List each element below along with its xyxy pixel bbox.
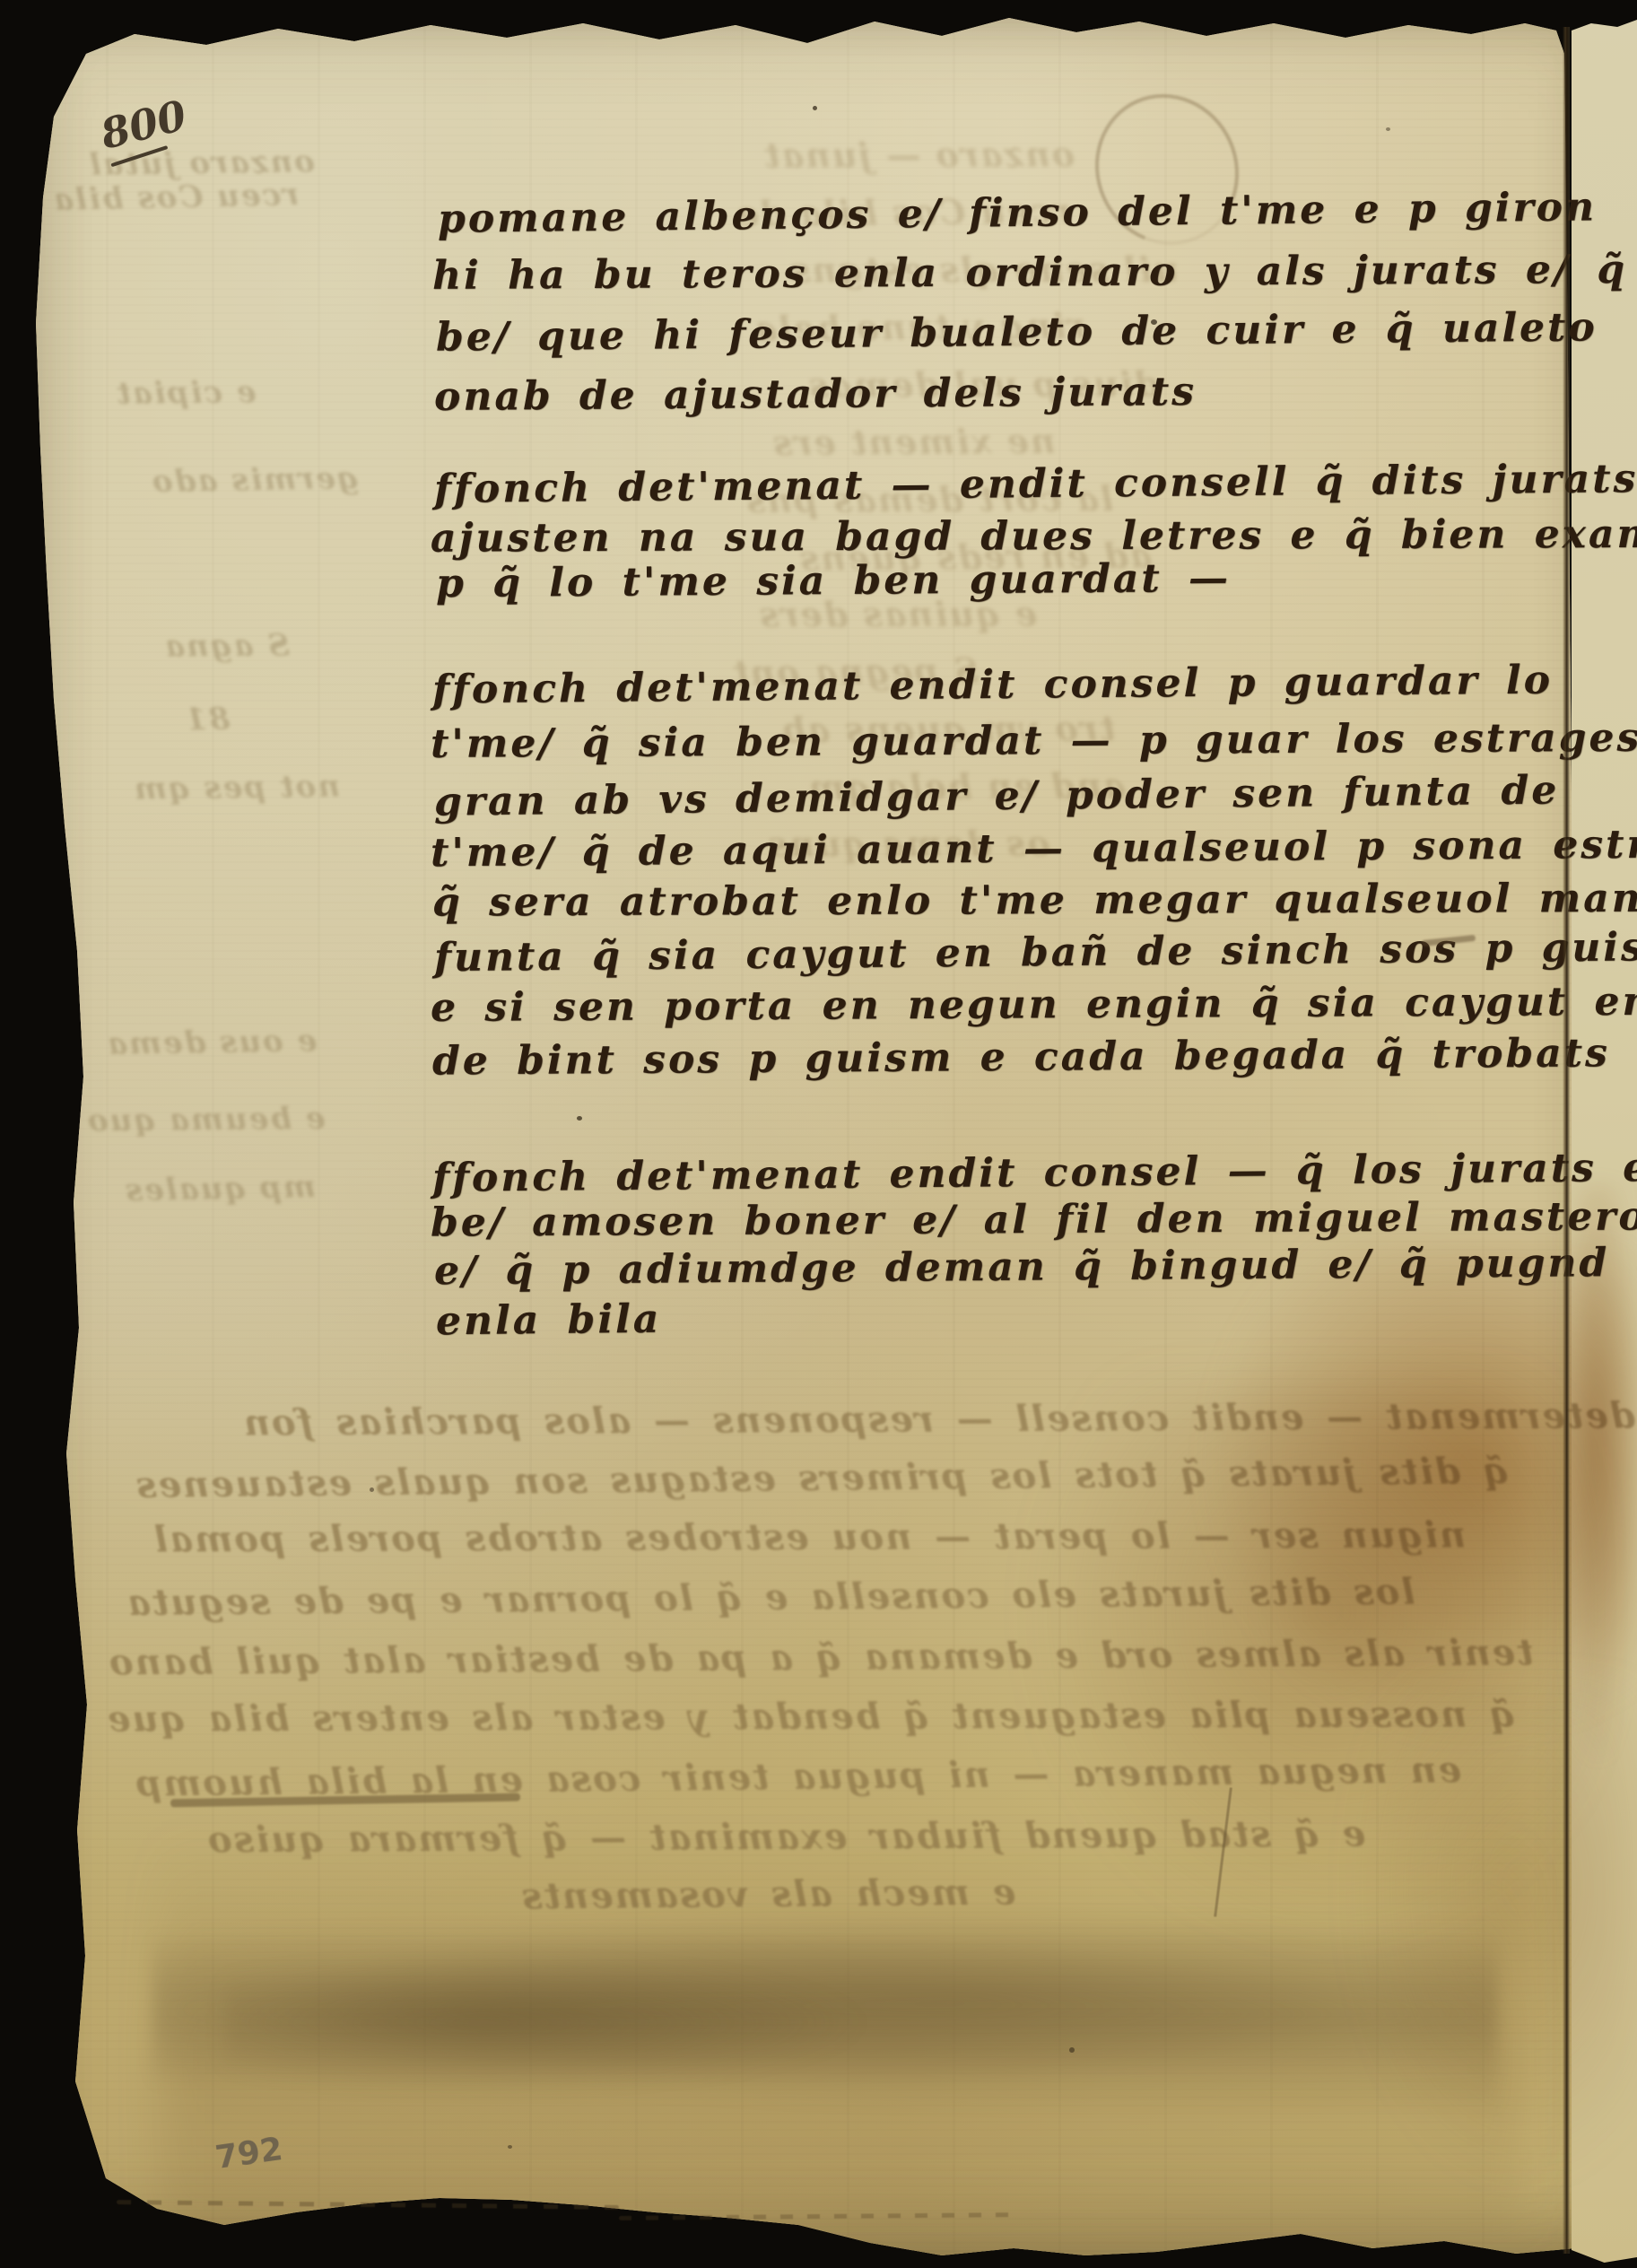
manuscript-line: onab de ajustador dels jurats <box>434 369 1197 420</box>
ghost-margin-fragment: e beuma quo <box>86 1101 326 1139</box>
ghost-margin-fragment: 81 <box>184 701 231 737</box>
ghost-margin-fragment: germis ado <box>151 460 359 500</box>
manuscript-line: e si sen porta en negun engin q̃ sia cay… <box>431 978 1637 1031</box>
manuscript-line: de bint sos p guism e cada begada q̃ tro… <box>432 1028 1637 1084</box>
manuscript-line: ajusten na sua bagd dues letres e q̃ bie… <box>431 510 1637 561</box>
ink-speck <box>1386 127 1390 131</box>
ink-speck <box>370 1487 374 1492</box>
ghost-verso-line: e mech als vosaments <box>520 1871 1016 1918</box>
manuscript-line: p q̃ lo t'me sia ben guardat — <box>436 555 1231 606</box>
ghost-verso-line: ffonch determenat — endit consell — resp… <box>242 1393 1637 1444</box>
ink-speck <box>813 106 817 110</box>
manuscript-line: e/ q̃ p adiumdge deman q̃ bingud e/ q̃ p… <box>434 1239 1637 1295</box>
ink-speck <box>508 2145 512 2149</box>
ink-speck <box>577 1116 582 1121</box>
ghost-margin-fragment: e cipiat <box>115 374 257 412</box>
ghost-verso-line: q̃ nosseua plia estaguent q̃ bendat y es… <box>106 1693 1515 1740</box>
ghost-margin-fragment: not pes qm <box>133 769 341 807</box>
manuscript-line: q̃ sera atrobat enlo t'me megar qualseuo… <box>432 875 1637 925</box>
manuscript-line: be/ amosen boner e/ al fil den miguel ma… <box>431 1193 1637 1245</box>
ghost-margin-fragment: e ous dema <box>106 1023 318 1062</box>
ghost-margin-fragment: rceu Cos bila <box>52 177 300 218</box>
manuscript-line: enla bila <box>436 1296 662 1345</box>
ink-speck <box>1151 319 1157 325</box>
ghost-fragment: ne ximent ers <box>771 421 1056 463</box>
manuscript-line: t'me/ q̃ de aqui auant — qualseuol p son… <box>431 821 1637 877</box>
ghost-fragment: onzaro — junat <box>762 134 1075 175</box>
manuscript-scan: 800 792 onzaro — junat rceu Cos bila de … <box>0 0 1637 2268</box>
manuscript-line: ffonch det'menat endit consel p guardar … <box>432 658 1553 713</box>
ghost-margin-fragment: S agna <box>163 627 290 664</box>
ghost-margin-fragment: mp quales <box>124 1169 317 1208</box>
gutter-seam <box>1563 27 1570 2254</box>
manuscript-line: t'me/ q̃ sia ben guardat — p guar los es… <box>431 714 1637 767</box>
ghost-verso-line: e q̃ stad quend fiubar examinat — q̃ fer… <box>206 1813 1365 1862</box>
ghost-verso-line: nigun ser — lo perat — nou estrobes atro… <box>152 1513 1466 1560</box>
manuscript-line: hi ha bu teros enla ordinaro y als jurat… <box>432 246 1637 299</box>
ink-speck <box>1069 2047 1075 2053</box>
